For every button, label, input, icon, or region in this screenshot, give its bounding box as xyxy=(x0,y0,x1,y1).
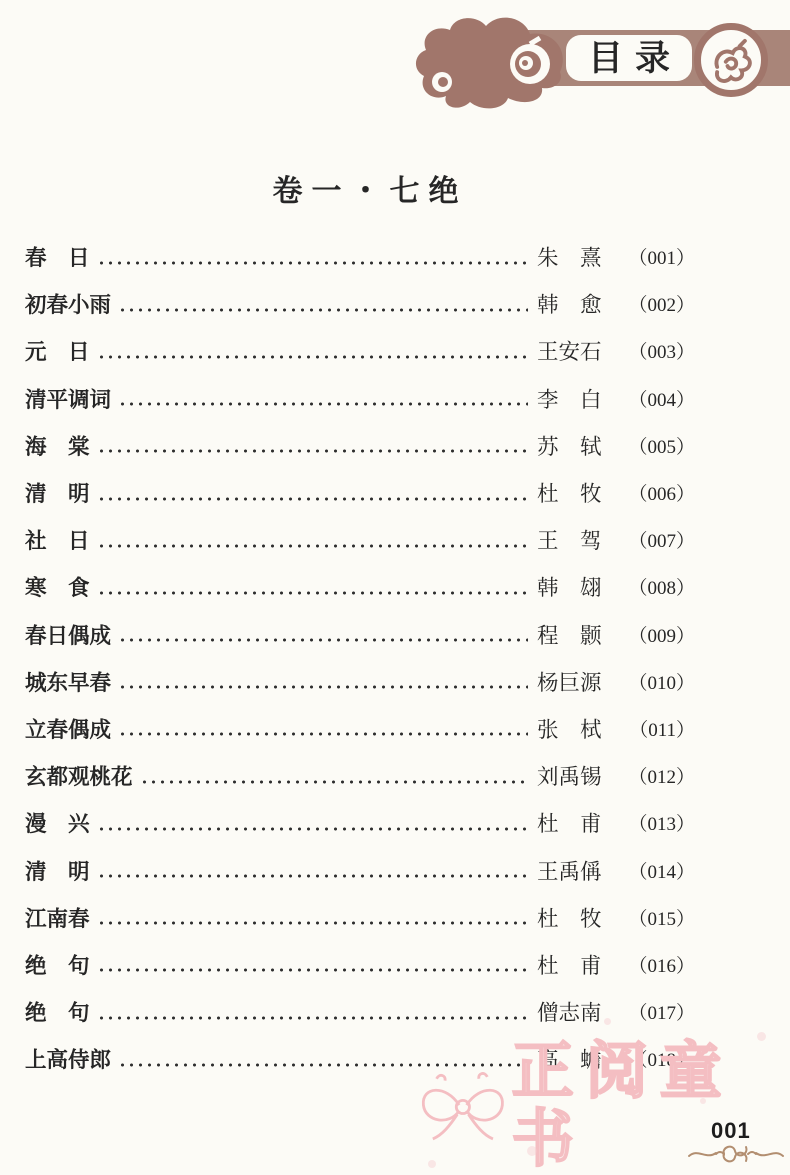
poem-author: 程 颢 xyxy=(537,619,607,650)
poem-title: 海 棠 xyxy=(25,430,90,461)
page-reference: （012） xyxy=(607,762,695,789)
poem-author: 杨巨源 xyxy=(537,666,607,697)
toc-entry-row: 上高侍郎 高 蟾 （018） xyxy=(25,1035,695,1082)
toc-entry-row: 立春偶成 张 栻 （011） xyxy=(25,705,695,752)
poem-author: 杜 甫 xyxy=(537,949,607,980)
page-reference: （016） xyxy=(607,951,695,978)
dot-leader xyxy=(97,827,528,831)
toc-entry-row: 绝 句 杜 甫 （016） xyxy=(25,941,695,988)
dot-leader xyxy=(97,261,528,265)
pink-sparkle-dot xyxy=(757,1032,766,1041)
page-reference: （005） xyxy=(607,432,695,459)
toc-entry-row: 春日偶成 程 颢 （009） xyxy=(25,611,695,658)
poem-author: 刘禹锡 xyxy=(537,760,607,791)
poem-title: 初春小雨 xyxy=(25,288,111,319)
dot-leader xyxy=(97,544,528,548)
poem-author: 朱 熹 xyxy=(537,241,607,272)
page-reference: （002） xyxy=(607,290,695,317)
poem-title: 漫 兴 xyxy=(25,807,90,838)
poem-title: 社 日 xyxy=(25,524,90,555)
toc-entry-row: 元 日 王安石 （003） xyxy=(25,327,695,374)
dot-leader xyxy=(97,591,528,595)
page-reference: （004） xyxy=(607,385,695,412)
dot-leader xyxy=(118,402,528,406)
poem-author: 韩 愈 xyxy=(537,288,607,319)
dot-leader xyxy=(97,1016,528,1020)
page-reference: （007） xyxy=(607,526,695,553)
toc-entry-row: 清 明 杜 牧 （006） xyxy=(25,469,695,516)
dot-leader xyxy=(118,732,528,736)
book-toc-page: 目录 卷一・七绝 春 日 朱 熹 （001） 初春小雨 韩 愈 （00 xyxy=(0,0,790,1175)
toc-entry-row: 春 日 朱 熹 （001） xyxy=(25,233,695,280)
header-title-capsule: 目录 xyxy=(566,35,692,81)
poem-author: 苏 轼 xyxy=(537,430,607,461)
section-title: 卷一・七绝 xyxy=(0,166,740,210)
toc-entry-row: 社 日 王 驾 （007） xyxy=(25,516,695,563)
toc-entry-row: 海 棠 苏 轼 （005） xyxy=(25,422,695,469)
pink-sparkle-dot xyxy=(700,1098,706,1104)
page-reference: （001） xyxy=(607,243,695,270)
dot-leader xyxy=(118,638,528,642)
poem-author: 杜 牧 xyxy=(537,902,607,933)
page-reference: （008） xyxy=(607,573,695,600)
poem-title: 城东早春 xyxy=(25,666,111,697)
poem-author: 僧志南 xyxy=(537,996,607,1027)
poem-title: 立春偶成 xyxy=(25,713,111,744)
page-reference: （017） xyxy=(607,998,695,1025)
page-title: 目录 xyxy=(576,41,682,76)
poem-title: 春日偶成 xyxy=(25,619,111,650)
dot-leader xyxy=(118,685,528,689)
poem-author: 王安石 xyxy=(537,335,607,366)
page-reference: （009） xyxy=(607,621,695,648)
page-reference: （011） xyxy=(607,715,695,742)
toc-entry-row: 江南春 杜 牧 （015） xyxy=(25,894,695,941)
page-reference: （006） xyxy=(607,479,695,506)
dot-leader xyxy=(118,308,528,312)
poem-author: 王禹偁 xyxy=(537,855,607,886)
dot-leader xyxy=(97,449,528,453)
poem-author: 杜 牧 xyxy=(537,477,607,508)
pink-sparkle-dot xyxy=(527,1146,537,1156)
poem-author: 韩 翃 xyxy=(537,571,607,602)
poem-title: 清 明 xyxy=(25,477,90,508)
poem-title: 绝 句 xyxy=(25,996,90,1027)
page-reference: （003） xyxy=(607,337,695,364)
poem-title: 清 明 xyxy=(25,855,90,886)
toc-entry-row: 玄都观桃花 刘禹锡 （012） xyxy=(25,752,695,799)
poem-author: 李 白 xyxy=(537,383,607,414)
dot-leader xyxy=(118,1063,528,1067)
toc-entry-row: 清平调词 李 白 （004） xyxy=(25,375,695,422)
dot-leader xyxy=(97,921,528,925)
toc-entry-row: 漫 兴 杜 甫 （013） xyxy=(25,799,695,846)
poem-title: 玄都观桃花 xyxy=(25,760,133,791)
page-reference: （013） xyxy=(607,809,695,836)
dragon-seal-icon xyxy=(694,23,768,97)
page-reference: （018） xyxy=(607,1045,695,1072)
poem-author: 张 栻 xyxy=(537,713,607,744)
pink-sparkle-dot xyxy=(604,1018,611,1025)
poem-title: 上高侍郎 xyxy=(25,1043,111,1074)
toc-entry-row: 清 明 王禹偁 （014） xyxy=(25,846,695,893)
folio-page-number: 001 xyxy=(711,1118,751,1144)
dot-leader xyxy=(97,874,528,878)
cloud-scroll-icon xyxy=(412,10,574,112)
poem-author: 王 驾 xyxy=(537,524,607,555)
poem-title: 寒 食 xyxy=(25,571,90,602)
page-reference: （010） xyxy=(607,668,695,695)
footer-flourish-icon xyxy=(686,1143,786,1167)
poem-title: 清平调词 xyxy=(25,383,111,414)
poem-title: 江南春 xyxy=(25,902,90,933)
toc-entry-row: 初春小雨 韩 愈 （002） xyxy=(25,280,695,327)
toc-entry-row: 寒 食 韩 翃 （008） xyxy=(25,563,695,610)
toc-entry-row: 绝 句 僧志南 （017） xyxy=(25,988,695,1035)
poem-title: 春 日 xyxy=(25,241,90,272)
dot-leader xyxy=(97,968,528,972)
dot-leader xyxy=(140,780,528,784)
toc-entry-row: 城东早春 杨巨源 （010） xyxy=(25,658,695,705)
poem-author: 高 蟾 xyxy=(537,1043,607,1074)
dot-leader xyxy=(97,497,528,501)
dot-leader xyxy=(97,355,528,359)
page-reference: （015） xyxy=(607,904,695,931)
poem-title: 绝 句 xyxy=(25,949,90,980)
poem-title: 元 日 xyxy=(25,335,90,366)
poem-author: 杜 甫 xyxy=(537,807,607,838)
toc-list: 春 日 朱 熹 （001） 初春小雨 韩 愈 （002） 元 日 王安石 （00… xyxy=(25,233,695,1082)
page-reference: （014） xyxy=(607,857,695,884)
pink-sparkle-dot xyxy=(428,1160,436,1168)
